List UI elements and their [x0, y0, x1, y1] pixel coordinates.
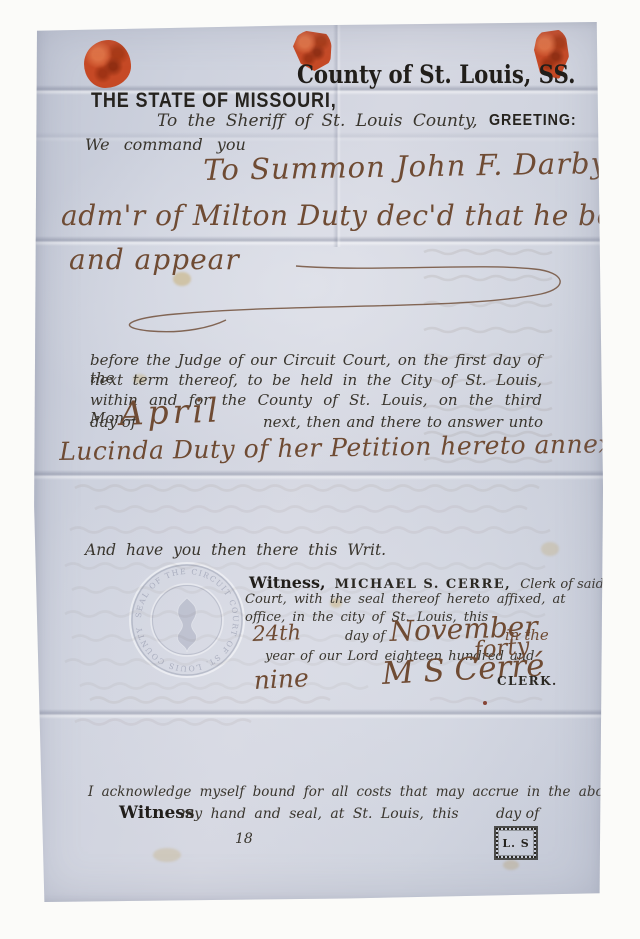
witness-day-of: day of [345, 629, 385, 644]
handwritten-summon-line2: adm'r of Milton Duty dec'd that he be [61, 199, 614, 232]
fold-crease [33, 470, 603, 480]
embossed-court-seal: SEAL OF THE CIRCUIT COURT OF ST. LOUIS C… [125, 558, 249, 682]
county-heading: County of St. Louis, SS. [297, 60, 575, 89]
stain [503, 860, 519, 870]
handwritten-plaintiff-line: Lucinda Duty of her Petition hereto anne… [59, 429, 640, 466]
acknowledge-line: I acknowledge myself bound for all costs… [88, 784, 640, 800]
salutation-script: To the Sheriff of St. Louis County, [157, 111, 478, 131]
body-line4-suffix: next, then and there to answer unto [263, 413, 543, 431]
writ-line: And have you then there this Writ. [85, 541, 386, 559]
fold-crease [33, 709, 603, 719]
clerk-name: MICHAEL S. CERRE, [335, 577, 512, 592]
stain [153, 848, 181, 862]
witness-line1-rest: Clerk of said [520, 577, 604, 592]
footer-day-of: day of [496, 806, 539, 822]
handwritten-summon-line3: and appear [69, 243, 240, 276]
handwritten-day-number: 24th [252, 620, 301, 646]
stain [541, 542, 559, 556]
locus-sigilli-box: L. S [496, 828, 536, 858]
footer-witness-rest: my hand and seal, at St. Louis, this [181, 806, 459, 822]
clerk-label: CLERK. [497, 674, 558, 688]
footer-year-prefix: 18 [235, 831, 253, 847]
handwritten-summon-line1: To Summon John F. Darby as [203, 145, 640, 187]
witness-word: Witness, [249, 573, 326, 592]
locus-sigilli-label: L. S [502, 837, 529, 850]
body-line2: next term thereof, to be held in the Cit… [90, 371, 542, 389]
handwritten-month-april: April [119, 390, 222, 433]
handwritten-nine: nine [253, 663, 309, 695]
state-title: THE STATE OF MISSOURI, [91, 88, 337, 113]
svg-text:SEAL OF THE CIRCUIT COURT OF S: SEAL OF THE CIRCUIT COURT OF ST. LOUIS C… [134, 567, 240, 673]
wax-seal-left [84, 40, 131, 88]
document-paper: County of St. Louis, SS. THE STATE OF MI… [33, 22, 603, 902]
ink-speck [483, 701, 487, 705]
greeting-word: GREETING: [489, 112, 577, 130]
photo-background: County of St. Louis, SS. THE STATE OF MI… [0, 0, 640, 939]
salutation-line: To the Sheriff of St. Louis County, GREE… [157, 111, 584, 131]
witness-line1: Witness, MICHAEL S. CERRE, Clerk of said [249, 573, 604, 592]
seal-ring-text: SEAL OF THE CIRCUIT COURT OF ST. LOUIS C… [134, 567, 240, 673]
witness-line2: Court, with the seal thereof hereto affi… [245, 592, 566, 607]
command-line: We command you [85, 135, 246, 154]
seal-center-figure [177, 598, 196, 652]
